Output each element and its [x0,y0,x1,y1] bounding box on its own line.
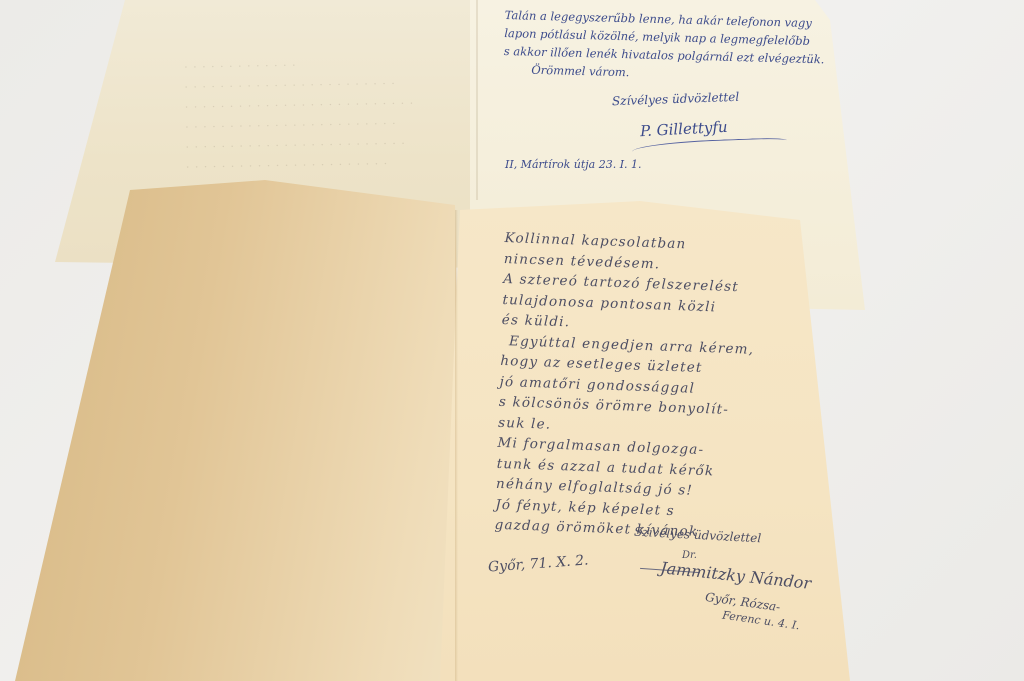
back-letter-fold [476,0,478,200]
front-letter-body: Kollinnal kapcsolatban nincsen tévedésem… [494,228,758,544]
back-letter-address: II, Mártírok útja 23. I. 1. [505,158,642,171]
front-letter-fold [455,210,458,681]
front-letter-signature-title: Dr. [682,550,697,561]
back-letter-faint-text: · · · · · · · · · · · · · · · · · · · · … [184,52,516,178]
back-letter-body: Talán a legegyszerűbb lenne, ha akár tel… [503,6,826,86]
